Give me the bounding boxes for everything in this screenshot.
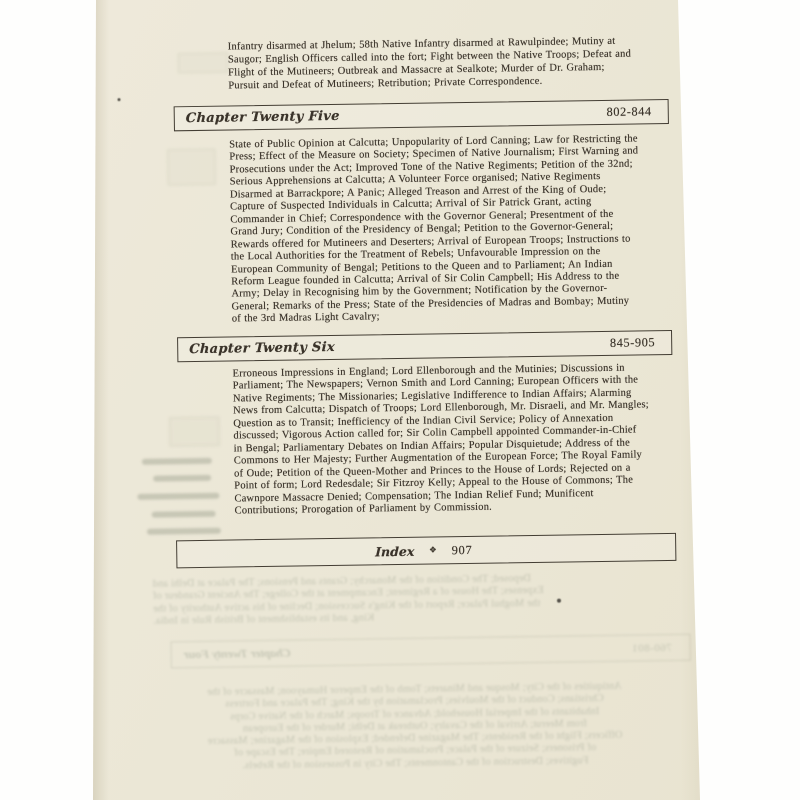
index-label: Index — [375, 543, 415, 559]
diamond-ornament-icon: ❖ — [429, 545, 437, 555]
chapter-25-page-range: 802-844 — [606, 104, 651, 120]
chapter-26-page-range: 845-905 — [610, 335, 655, 351]
bleedthrough-line-fragment — [153, 475, 211, 482]
index-page-number: 907 — [452, 542, 473, 557]
bleedthrough-line-fragment — [147, 528, 221, 535]
chapter-25-title: Chapter Twenty Five — [186, 109, 340, 126]
bleedthrough-line-fragment — [137, 493, 219, 500]
index-heading-box: Index ❖ 907 — [176, 533, 676, 568]
chapter-26-title: Chapter Twenty Six — [189, 340, 335, 357]
book-page-photo: Deposed; The Condition of the Monarchy; … — [0, 0, 800, 800]
chapter-26-summary: Erroneous Impressions in England; Lord E… — [233, 362, 651, 518]
bleedthrough-paragraph-lower: Antiquities of the City; Mosque and Mina… — [164, 680, 665, 773]
bleedthrough-line-fragment — [152, 511, 216, 518]
bleedthrough-smudge — [167, 149, 216, 186]
toc-intro-text: Infantry disarmed at Jhelum; 58th Native… — [228, 36, 632, 94]
bleedthrough-chapter-title: Chapter Twenty Four — [184, 646, 291, 663]
page-content: Deposed; The Condition of the Monarchy; … — [0, 0, 800, 800]
bleedthrough-smudge — [169, 417, 219, 447]
chapter-25-heading-box: Chapter Twenty Five 802-844 — [174, 99, 669, 131]
bleedthrough-page-range: 760-801 — [631, 641, 671, 654]
bleedthrough-smudge — [178, 53, 228, 74]
ink-speck — [557, 599, 561, 603]
ink-speck — [117, 98, 120, 101]
chapter-26-heading-box: Chapter Twenty Six 845-905 — [177, 330, 672, 362]
bleedthrough-paragraph-upper: Deposed; The Condition of the Monarchy; … — [153, 571, 659, 628]
bleedthrough-chapter-box: Chapter Twenty Four 760-801 — [171, 634, 691, 669]
bleedthrough-line-fragment — [142, 458, 212, 465]
chapter-25-summary: State of Public Opinion at Calcutta; Unp… — [229, 133, 641, 326]
